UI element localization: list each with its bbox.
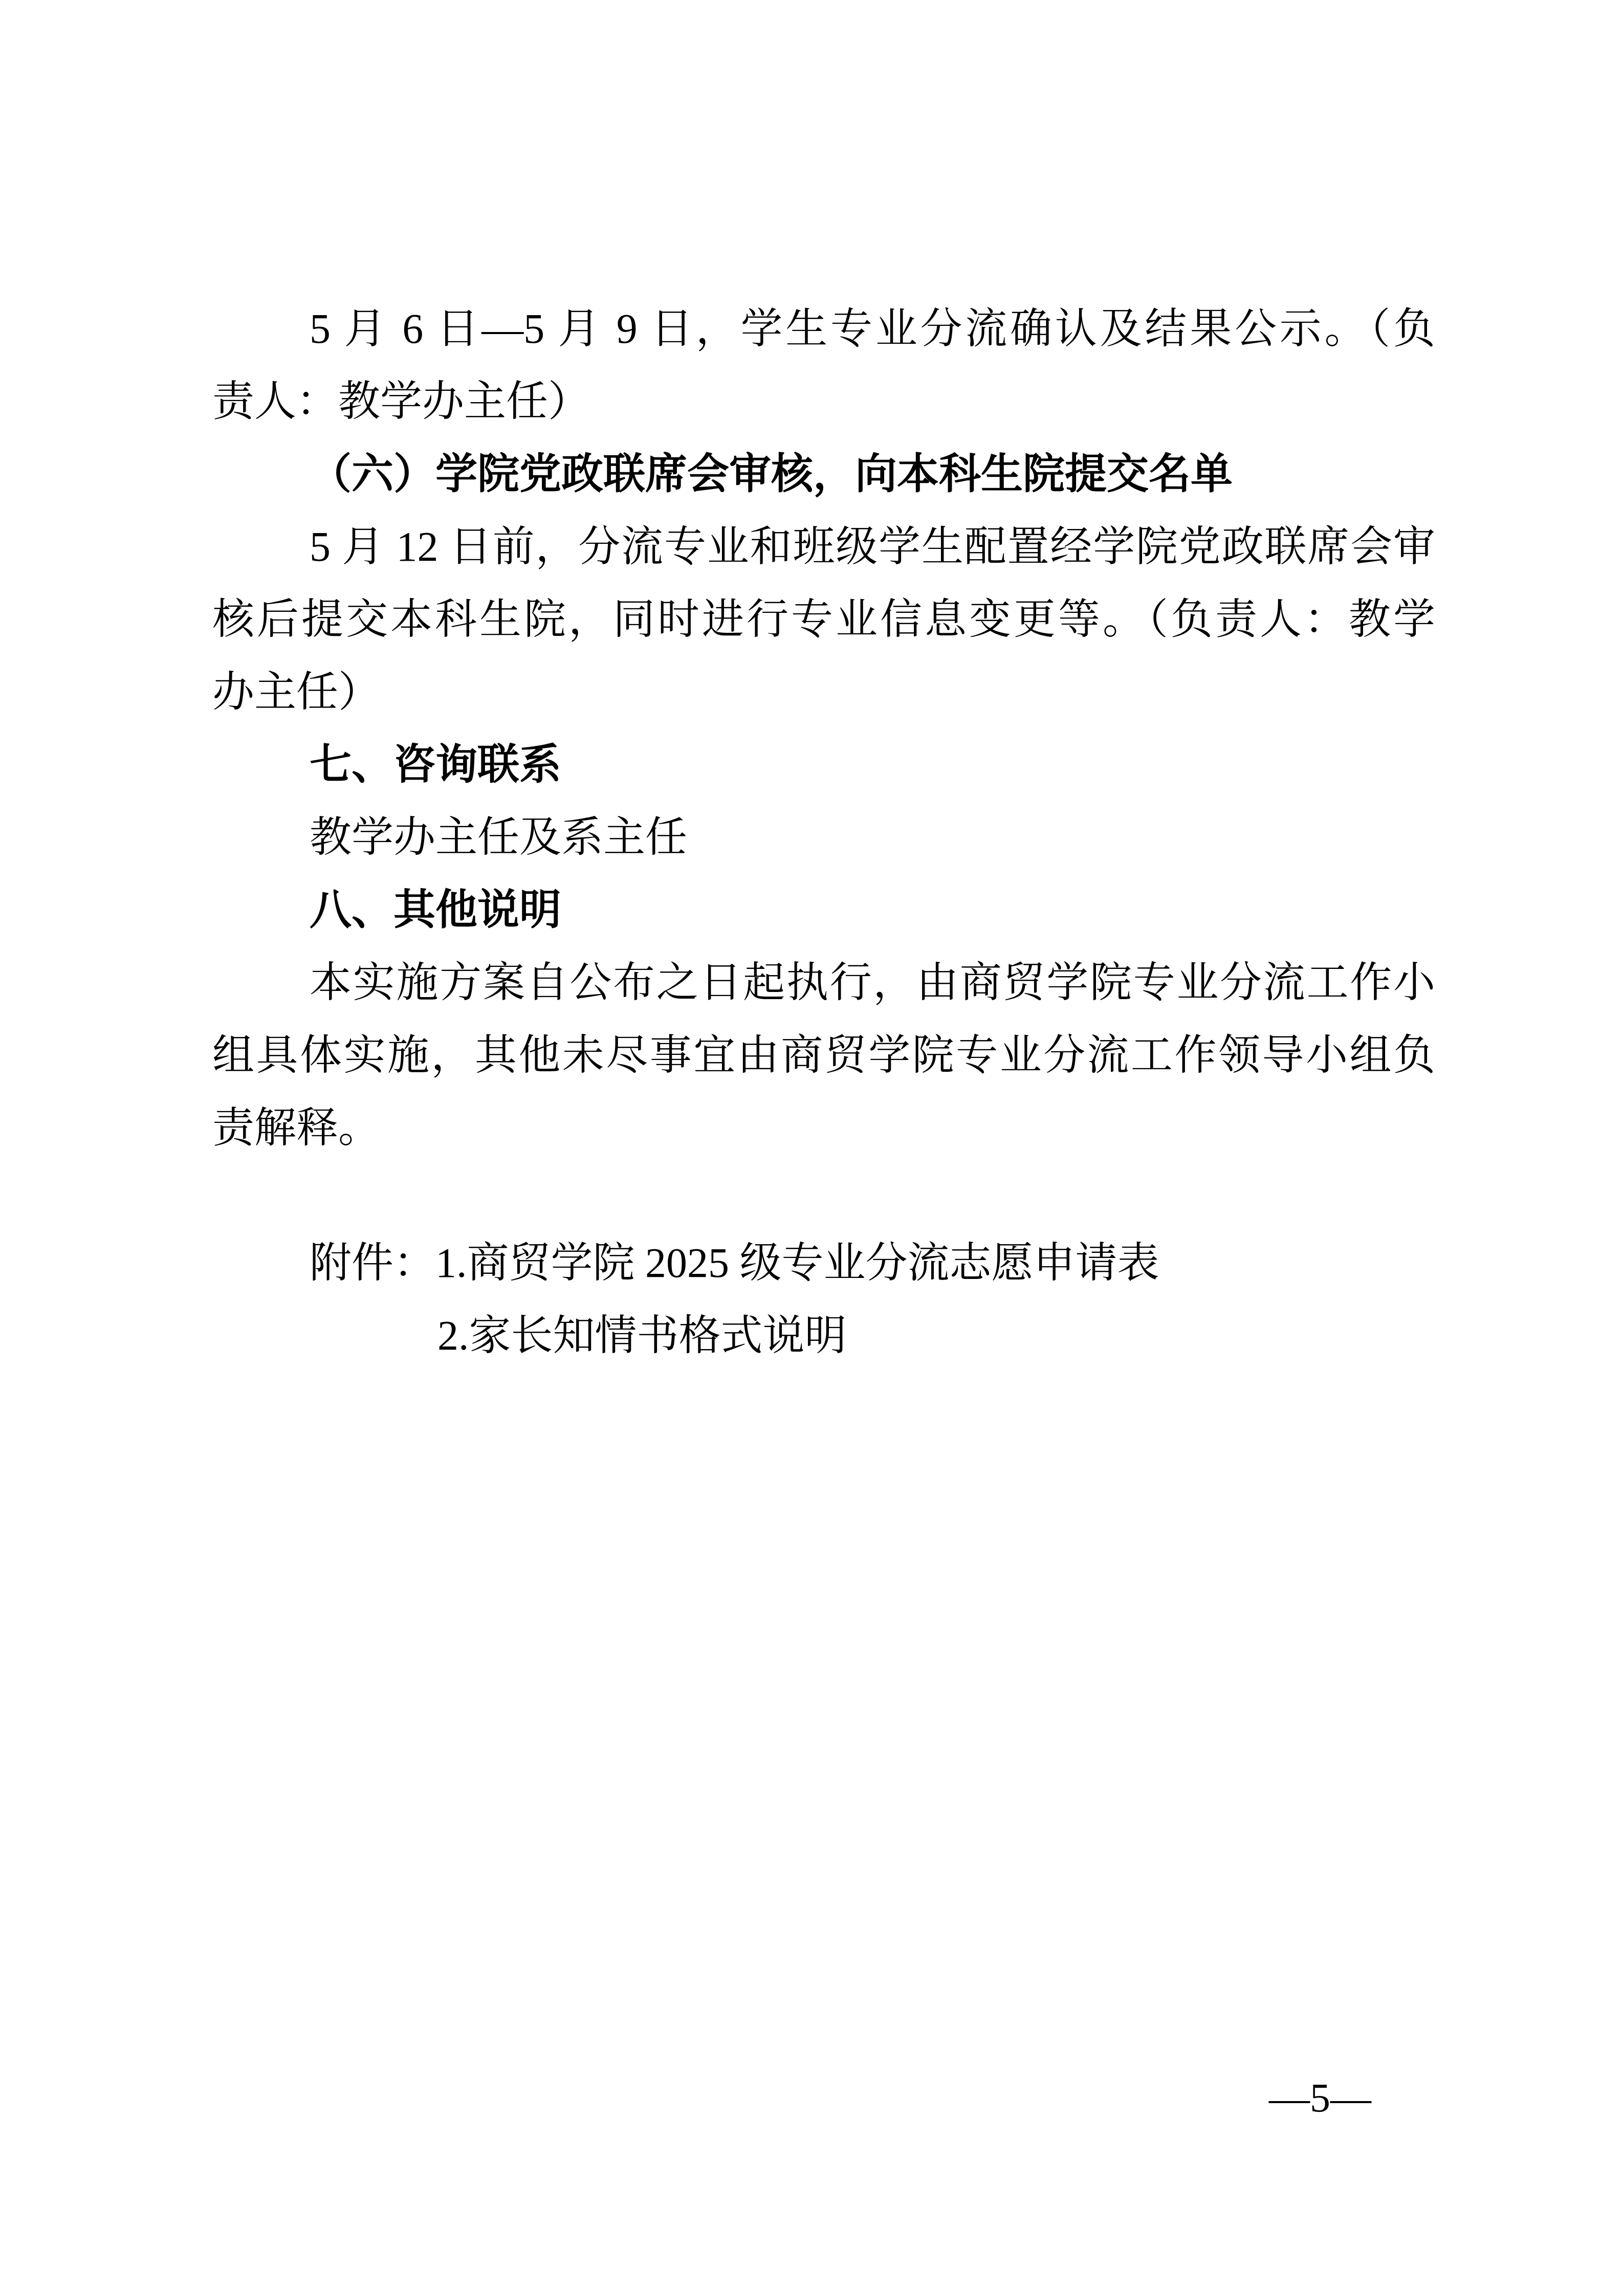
attachment-line-1: 附件：1.商贸学院 2025 级专业分流志愿申请表 [212, 1227, 1435, 1299]
body-line: 5 月 12 日前，分流专业和班级学生配置经学院党政联席会审 [212, 511, 1435, 583]
document-page: 5 月 6 日—5 月 9 日，学生专业分流确认及结果公示。（负 责人：教学办主… [0, 0, 1623, 2296]
body-line: 责解释。 [212, 1092, 1435, 1164]
section-heading-8: 八、其他说明 [212, 874, 1435, 946]
body-line: 责人：教学办主任） [212, 365, 1435, 438]
attachment-line-2: 2.家长知情书格式说明 [212, 1299, 1435, 1372]
document-body: 5 月 6 日—5 月 9 日，学生专业分流确认及结果公示。（负 责人：教学办主… [212, 293, 1435, 1372]
section-heading-6: （六）学院党政联席会审核，向本科生院提交名单 [212, 438, 1435, 511]
body-line: 教学办主任及系主任 [212, 801, 1435, 874]
section-heading-7: 七、咨询联系 [212, 728, 1435, 801]
body-line: 办主任） [212, 656, 1435, 728]
body-line: 本实施方案自公布之日起执行，由商贸学院专业分流工作小 [212, 946, 1435, 1019]
body-line: 5 月 6 日—5 月 9 日，学生专业分流确认及结果公示。（负 [212, 293, 1435, 365]
body-line: 核后提交本科生院，同时进行专业信息变更等。（负责人：教学 [212, 583, 1435, 656]
body-line: 组具体实施，其他未尽事宜由商贸学院专业分流工作领导小组负 [212, 1019, 1435, 1092]
page-number: —5— [1269, 2078, 1371, 2119]
